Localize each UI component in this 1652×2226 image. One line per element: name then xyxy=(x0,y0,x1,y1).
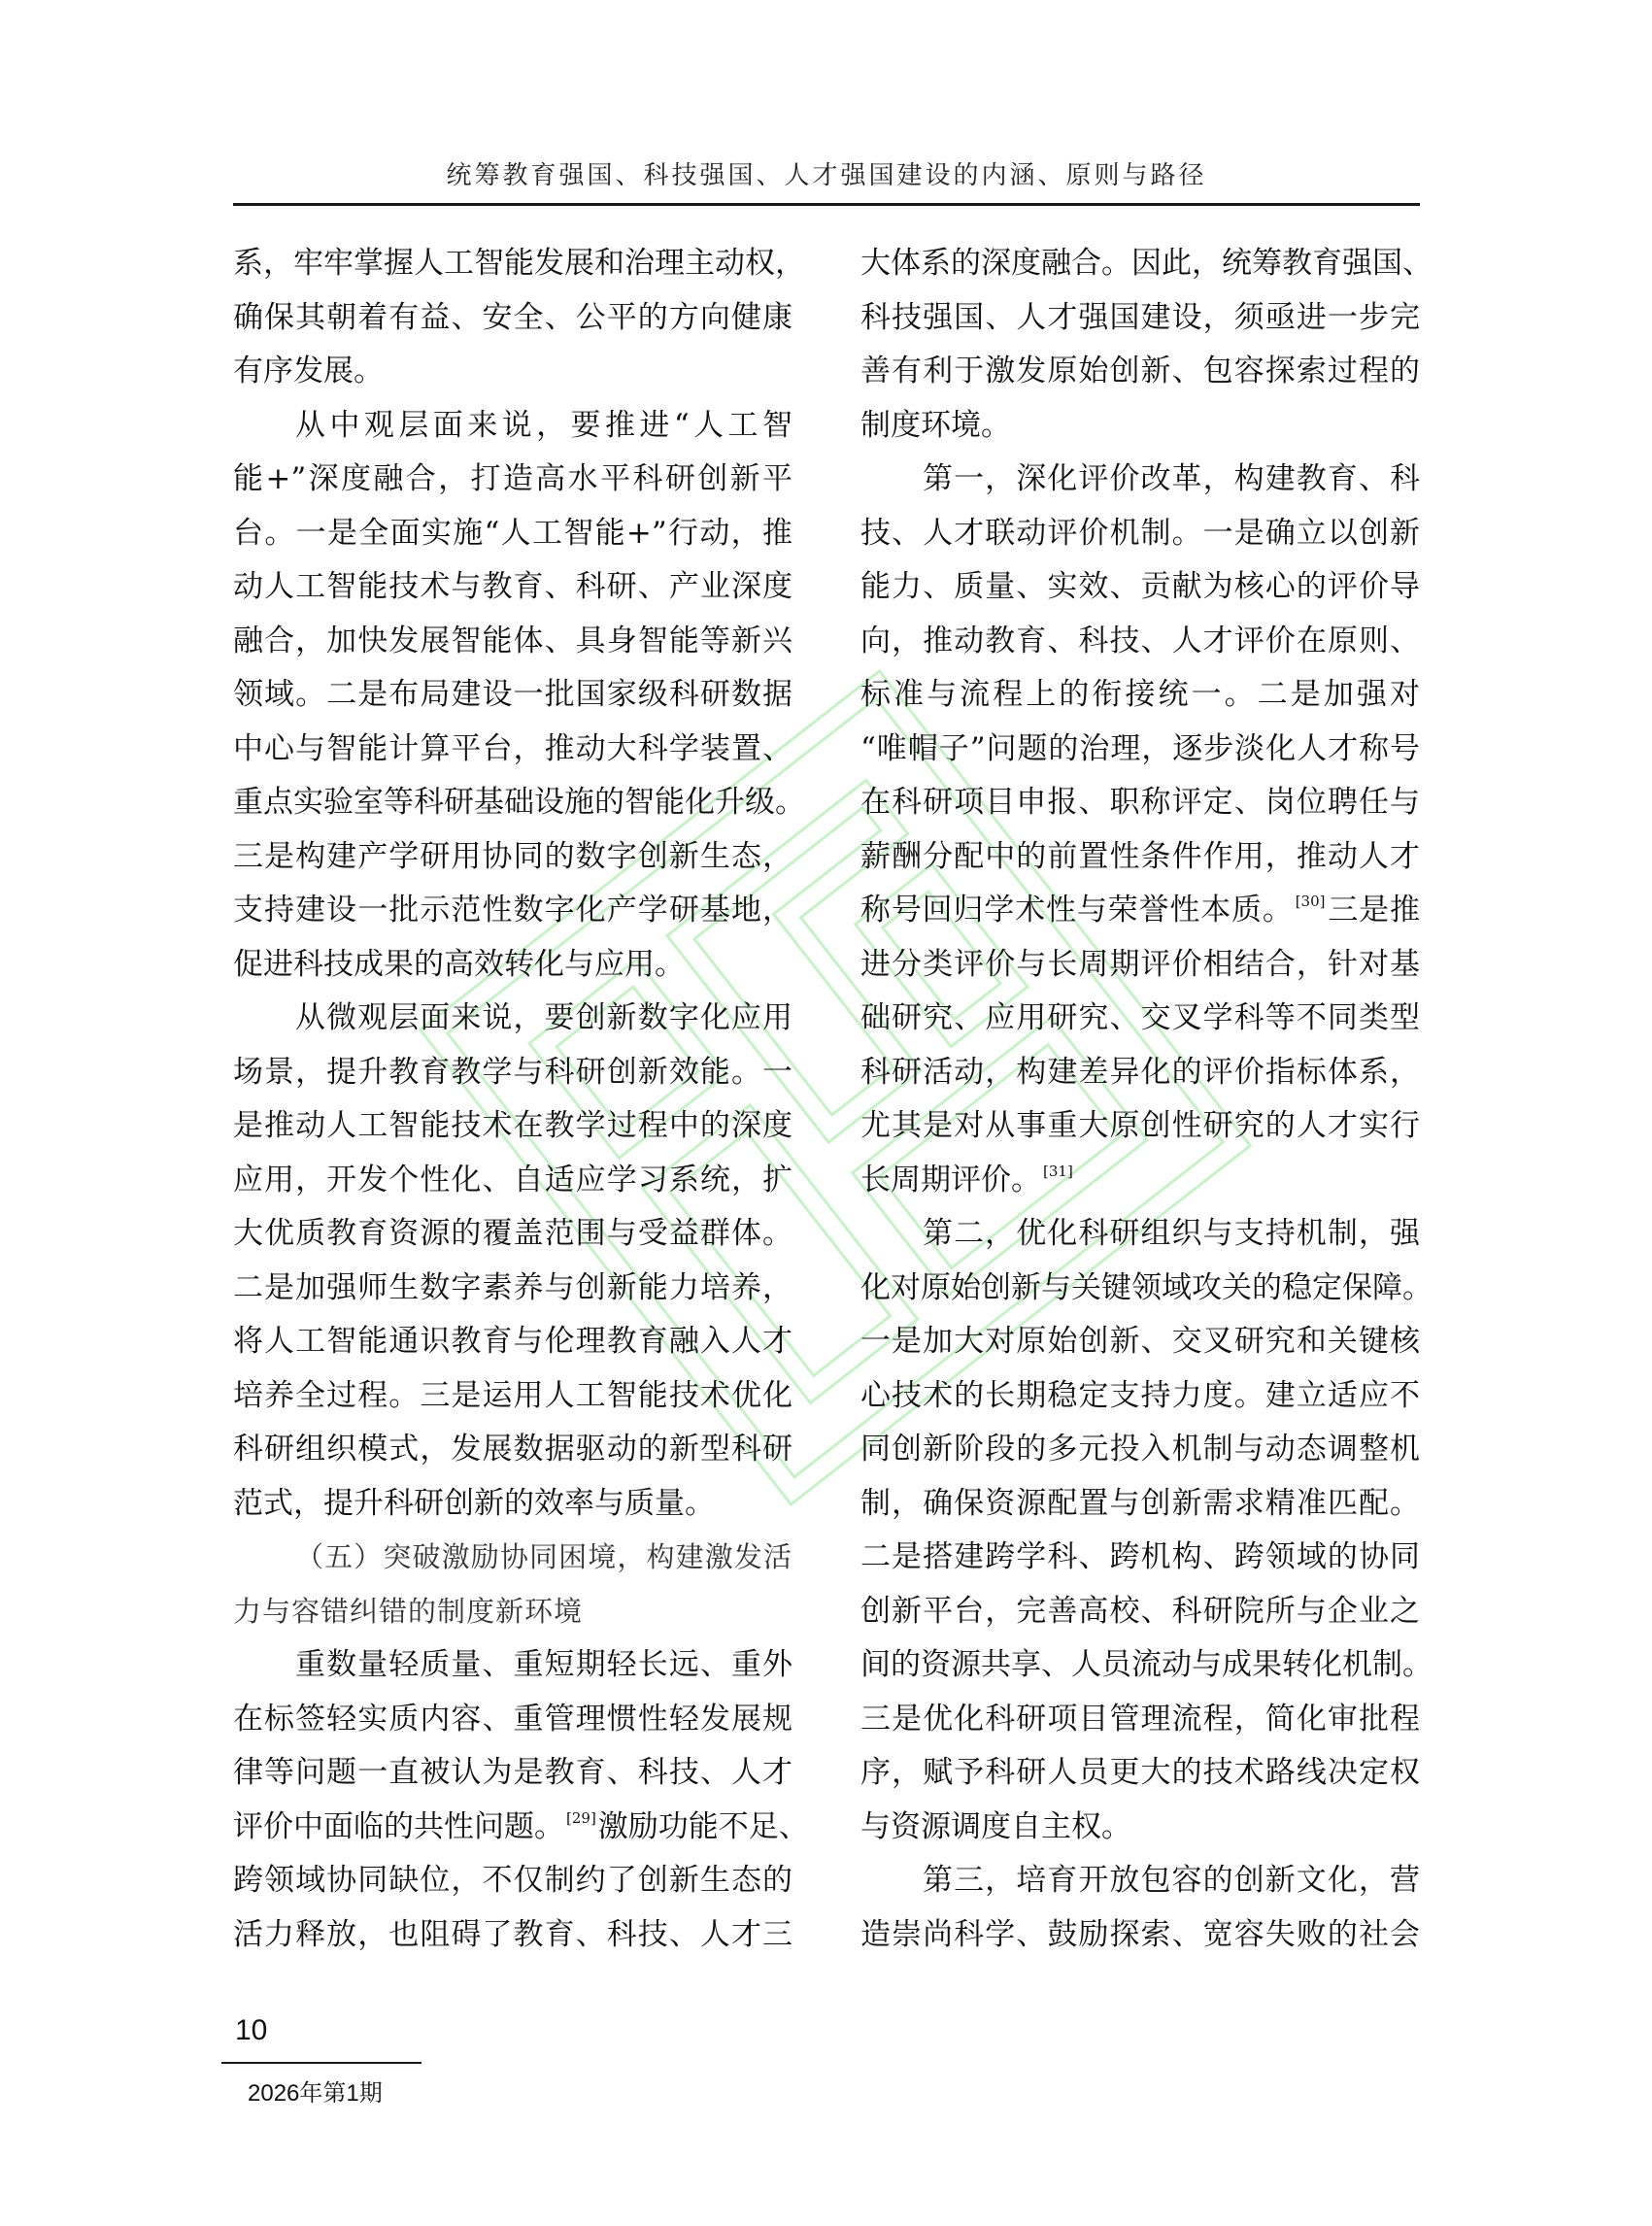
line-text: 跨领域协同缺位，不仅制约了创新生态的 xyxy=(233,1863,792,1898)
body-text-line: 向，推动教育、科技、人才评价在原则、 xyxy=(860,615,1420,669)
body-text-line: 一是加大对原始创新、交叉研究和关键核 xyxy=(860,1315,1420,1369)
body-text-line: 重数量轻质量、重短期轻长远、重外 xyxy=(233,1638,792,1693)
body-text-line: 大优质教育资源的覆盖范围与受益群体。 xyxy=(233,1207,792,1262)
line-text-after-citation: 激励功能不足、 xyxy=(598,1809,809,1844)
body-text-line: 科技强国、人才强国建设，须亟进一步完 xyxy=(860,291,1420,346)
line-text: 尤其是对从事重大原创性研究的人才实行 xyxy=(860,1108,1420,1143)
line-text: 科研活动，构建差异化的评价指标体系， xyxy=(860,1055,1420,1090)
body-text-line: 础研究、应用研究、交叉学科等不同类型 xyxy=(860,992,1420,1046)
line-text: 第三，培育开放包容的创新文化，营 xyxy=(923,1863,1420,1898)
line-text: 同创新阶段的多元投入机制与动态调整机 xyxy=(860,1432,1420,1467)
body-text-line: 支持建设一批示范性数字化产学研基地， xyxy=(233,884,792,938)
body-text-line: 序，赋予科研人员更大的技术路线决定权 xyxy=(860,1746,1420,1801)
body-text-line: 三是构建产学研用协同的数字创新生态， xyxy=(233,830,792,885)
line-text: 薪酬分配中的前置性条件作用，推动人才 xyxy=(860,839,1420,874)
right-column: 大体系的深度融合。因此，统筹教育强国、科技强国、人才强国建设，须亟进一步完善有利… xyxy=(860,237,1420,1962)
line-text: 技、人才联动评价机制。一是确立以创新 xyxy=(860,516,1420,551)
line-text: 大体系的深度融合。因此，统筹教育强国、 xyxy=(860,246,1433,281)
line-text: 础研究、应用研究、交叉学科等不同类型 xyxy=(860,1000,1420,1035)
line-text: 大优质教育资源的覆盖范围与受益群体。 xyxy=(233,1216,792,1251)
line-text: 重数量轻质量、重短期轻长远、重外 xyxy=(295,1647,792,1682)
line-text: 一是加大对原始创新、交叉研究和关键核 xyxy=(860,1324,1420,1359)
page-number: 10 xyxy=(235,2014,267,2047)
body-text-line: 培养全过程。三是运用人工智能技术优化 xyxy=(233,1369,792,1424)
body-text-line: 间的资源共享、人员流动与成果转化机制。 xyxy=(860,1638,1420,1693)
line-text: 从微观层面来说，要创新数字化应用 xyxy=(295,1000,792,1035)
line-text: 在科研项目申报、职称评定、岗位聘任与 xyxy=(860,785,1420,820)
body-text-line: 领域。二是布局建设一批国家级科研数据 xyxy=(233,668,792,723)
body-text-line: 能+”深度融合，打造高水平科研创新平 xyxy=(233,453,792,507)
body-text-line: 技、人才联动评价机制。一是确立以创新 xyxy=(860,507,1420,561)
line-text: 促进科技成果的高效转化与应用。 xyxy=(233,947,685,982)
line-text: 化对原始创新与关键领域攻关的稳定保障。 xyxy=(860,1270,1433,1305)
line-text: 范式，提升科研创新的效率与质量。 xyxy=(233,1486,715,1521)
running-head: 统筹教育强国、科技强国、人才强国建设的内涵、原则与路径 xyxy=(233,155,1420,191)
line-text: 创新平台，完善高校、科研院所与企业之 xyxy=(860,1594,1420,1629)
body-text-line: 造崇尚科学、鼓励探索、宽容失败的社会 xyxy=(860,1908,1420,1963)
body-text-line: 从微观层面来说，要创新数字化应用 xyxy=(233,992,792,1046)
section-heading-line: 力与容错纠错的制度新环境 xyxy=(233,1585,792,1639)
body-text-line: 标准与流程上的衔接统一。二是加强对 xyxy=(860,668,1420,723)
line-text: 二是加强师生数字素养与创新能力培养， xyxy=(233,1270,792,1305)
body-text-line: 制，确保资源配置与创新需求精准匹配。 xyxy=(860,1477,1420,1532)
body-text-line: 有序发展。 xyxy=(233,345,792,399)
body-text-line: 评价中面临的共性问题。[29]激励功能不足、 xyxy=(233,1801,792,1855)
body-text-line: 科研活动，构建差异化的评价指标体系， xyxy=(860,1046,1420,1100)
line-text: 支持建设一批示范性数字化产学研基地， xyxy=(233,893,792,927)
body-text-line: 台。一是全面实施“人工智能+”行动，推 xyxy=(233,507,792,561)
citation-marker: [31] xyxy=(1043,1163,1073,1180)
line-text: 力与容错纠错的制度新环境 xyxy=(233,1595,583,1628)
line-text: 动人工智能技术与教育、科研、产业深度 xyxy=(233,569,792,604)
body-text-line: 在科研项目申报、职称评定、岗位聘任与 xyxy=(860,776,1420,830)
line-text: 向，推动教育、科技、人才评价在原则、 xyxy=(860,624,1420,658)
issue-label: 2026年第1期 xyxy=(248,2074,383,2108)
header-rule xyxy=(233,203,1420,206)
line-text: 确保其朝着有益、安全、公平的方向健康 xyxy=(233,300,792,335)
line-text: 融合，加快发展智能体、具身智能等新兴 xyxy=(233,624,792,658)
body-text-line: 尤其是对从事重大原创性研究的人才实行 xyxy=(860,1099,1420,1154)
body-text-line: 中心与智能计算平台，推动大科学装置、 xyxy=(233,723,792,777)
line-text: 培养全过程。三是运用人工智能技术优化 xyxy=(233,1378,792,1413)
line-text: 应用，开发个性化、自适应学习系统，扩 xyxy=(233,1163,792,1197)
citation-marker: [30] xyxy=(1296,893,1326,910)
body-text-line: 是推动人工智能技术在教学过程中的深度 xyxy=(233,1099,792,1154)
body-text-line: 促进科技成果的高效转化与应用。 xyxy=(233,938,792,993)
body-text-line: 薪酬分配中的前置性条件作用，推动人才 xyxy=(860,830,1420,885)
line-text: 称号回归学术性与荣誉性本质。 xyxy=(860,893,1294,927)
line-text: 序，赋予科研人员更大的技术路线决定权 xyxy=(860,1755,1420,1790)
body-text-line: 制度环境。 xyxy=(860,399,1420,454)
body-text-line: 能力、质量、实效、贡献为核心的评价导 xyxy=(860,560,1420,615)
citation-marker: [29] xyxy=(566,1809,596,1827)
line-text: 制，确保资源配置与创新需求精准匹配。 xyxy=(860,1486,1420,1521)
line-text: 进分类评价与长周期评价相结合，针对基 xyxy=(860,947,1420,982)
body-text-line: 确保其朝着有益、安全、公平的方向健康 xyxy=(233,291,792,346)
body-text-line: 与资源调度自主权。 xyxy=(860,1801,1420,1855)
body-text-line: 活力释放，也阻碍了教育、科技、人才三 xyxy=(233,1908,792,1963)
line-text: 科研组织模式，发展数据驱动的新型科研 xyxy=(233,1432,792,1467)
body-text-line: 系，牢牢掌握人工智能发展和治理主动权， xyxy=(233,237,792,291)
body-text-line: 善有利于激发原始创新、包容探索过程的 xyxy=(860,345,1420,399)
section-heading-line: （五）突破激励协同困境，构建激发活 xyxy=(233,1531,792,1585)
line-text: 标准与流程上的衔接统一。二是加强对 xyxy=(860,677,1420,712)
line-text-after-citation: 三是推 xyxy=(1328,893,1421,927)
body-text-line: 化对原始创新与关键领域攻关的稳定保障。 xyxy=(860,1262,1420,1316)
body-text-line: 二是加强师生数字素养与创新能力培养， xyxy=(233,1262,792,1316)
line-text: 科技强国、人才强国建设，须亟进一步完 xyxy=(860,300,1420,335)
line-text: 第一，深化评价改革，构建教育、科 xyxy=(923,461,1420,496)
body-text-line: 进分类评价与长周期评价相结合，针对基 xyxy=(860,938,1420,993)
line-text: 长周期评价。 xyxy=(860,1163,1041,1197)
line-text: “唯帽子”问题的治理，逐步淡化人才称号 xyxy=(860,731,1420,766)
line-text: 有序发展。 xyxy=(233,354,384,388)
body-text-line: 重点实验室等科研基础设施的智能化升级。 xyxy=(233,776,792,830)
body-text-line: 第三，培育开放包容的创新文化，营 xyxy=(860,1854,1420,1908)
body-text-line: 称号回归学术性与荣誉性本质。[30]三是推 xyxy=(860,884,1420,938)
line-text: 场景，提升教育教学与科研创新效能。一 xyxy=(233,1055,792,1090)
line-text: 第二，优化科研组织与支持机制，强 xyxy=(923,1216,1420,1251)
body-text-line: 第一，深化评价改革，构建教育、科 xyxy=(860,453,1420,507)
footer-rule xyxy=(221,2062,421,2064)
line-text: （五）突破激励协同困境，构建激发活 xyxy=(295,1540,792,1573)
line-text: 评价中面临的共性问题。 xyxy=(233,1809,564,1844)
body-text-line: 心技术的长期稳定支持力度。建立适应不 xyxy=(860,1369,1420,1424)
line-text: 间的资源共享、人员流动与成果转化机制。 xyxy=(860,1647,1433,1682)
line-text: 律等问题一直被认为是教育、科技、人才 xyxy=(233,1755,792,1790)
line-text: 系，牢牢掌握人工智能发展和治理主动权， xyxy=(233,246,805,281)
body-text-line: 从中观层面来说，要推进“人工智 xyxy=(233,399,792,454)
body-text-line: 创新平台，完善高校、科研院所与企业之 xyxy=(860,1585,1420,1639)
line-text: 三是优化科研项目管理流程，简化审批程 xyxy=(860,1702,1420,1737)
line-text: 心技术的长期稳定支持力度。建立适应不 xyxy=(860,1378,1420,1413)
body-text-line: 范式，提升科研创新的效率与质量。 xyxy=(233,1477,792,1532)
body-text-line: 将人工智能通识教育与伦理教育融入人才 xyxy=(233,1315,792,1369)
line-text: 与资源调度自主权。 xyxy=(860,1809,1131,1844)
body-text-line: 长周期评价。[31] xyxy=(860,1154,1420,1208)
line-text: 重点实验室等科研基础设施的智能化升级。 xyxy=(233,785,805,820)
left-column: 系，牢牢掌握人工智能发展和治理主动权，确保其朝着有益、安全、公平的方向健康有序发… xyxy=(233,237,792,1962)
line-text: 能+”深度融合，打造高水平科研创新平 xyxy=(233,461,792,496)
body-text-line: 大体系的深度融合。因此，统筹教育强国、 xyxy=(860,237,1420,291)
line-text: 在标签轻实质内容、重管理惯性轻发展规 xyxy=(233,1702,792,1737)
line-text: 中心与智能计算平台，推动大科学装置、 xyxy=(233,731,792,766)
line-text: 活力释放，也阻碍了教育、科技、人才三 xyxy=(233,1917,792,1952)
line-text: 制度环境。 xyxy=(860,408,1011,443)
line-text: 从中观层面来说，要推进“人工智 xyxy=(295,408,792,443)
body-text-line: 第二，优化科研组织与支持机制，强 xyxy=(860,1207,1420,1262)
body-text-line: “唯帽子”问题的治理，逐步淡化人才称号 xyxy=(860,723,1420,777)
body-text-line: 科研组织模式，发展数据驱动的新型科研 xyxy=(233,1423,792,1477)
body-text-line: 应用，开发个性化、自适应学习系统，扩 xyxy=(233,1154,792,1208)
line-text: 三是构建产学研用协同的数字创新生态， xyxy=(233,839,792,874)
line-text: 台。一是全面实施“人工智能+”行动，推 xyxy=(233,516,792,551)
line-text: 将人工智能通识教育与伦理教育融入人才 xyxy=(233,1324,792,1359)
body-text-line: 在标签轻实质内容、重管理惯性轻发展规 xyxy=(233,1693,792,1747)
body-text-line: 同创新阶段的多元投入机制与动态调整机 xyxy=(860,1423,1420,1477)
line-text: 领域。二是布局建设一批国家级科研数据 xyxy=(233,677,792,712)
line-text: 能力、质量、实效、贡献为核心的评价导 xyxy=(860,569,1420,604)
body-text-line: 律等问题一直被认为是教育、科技、人才 xyxy=(233,1746,792,1801)
line-text: 二是搭建跨学科、跨机构、跨领域的协同 xyxy=(860,1539,1420,1574)
line-text: 造崇尚科学、鼓励探索、宽容失败的社会 xyxy=(860,1917,1420,1952)
body-text-line: 三是优化科研项目管理流程，简化审批程 xyxy=(860,1693,1420,1747)
body-text-line: 场景，提升教育教学与科研创新效能。一 xyxy=(233,1046,792,1100)
body-text-line: 跨领域协同缺位，不仅制约了创新生态的 xyxy=(233,1854,792,1908)
line-text: 是推动人工智能技术在教学过程中的深度 xyxy=(233,1108,792,1143)
body-text-line: 动人工智能技术与教育、科研、产业深度 xyxy=(233,560,792,615)
body-text-line: 二是搭建跨学科、跨机构、跨领域的协同 xyxy=(860,1531,1420,1585)
line-text: 善有利于激发原始创新、包容探索过程的 xyxy=(860,354,1420,388)
body-text-line: 融合，加快发展智能体、具身智能等新兴 xyxy=(233,615,792,669)
